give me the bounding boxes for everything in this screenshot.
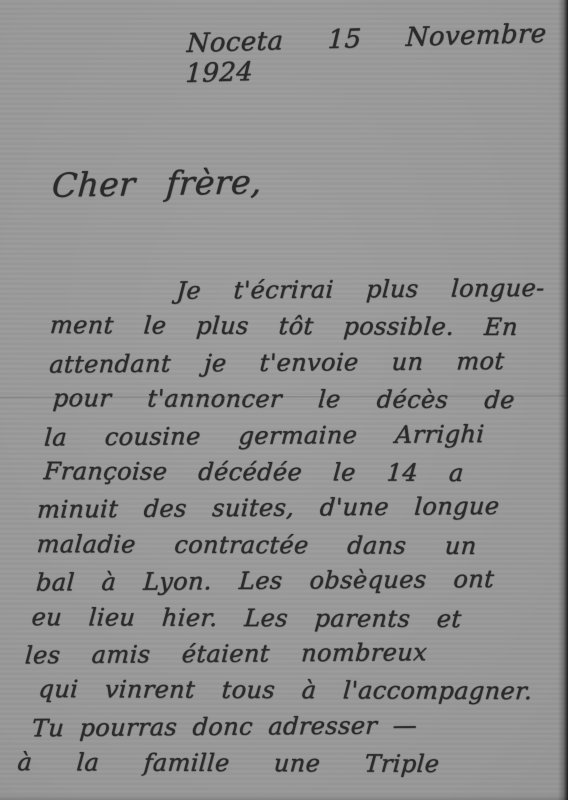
letter-line: attendant je t'envoie un mot bbox=[10, 343, 506, 383]
letter-line: Je t'écrirai plus longue- bbox=[15, 270, 546, 311]
letter-line: à la famille une Triple bbox=[0, 744, 441, 782]
letter-line: minuit des suites, d'une longue bbox=[0, 488, 501, 528]
letter-line: qui vinrent tous à l'accompagner. bbox=[0, 671, 534, 710]
letter-line: Tu pourras donc adresser — bbox=[0, 707, 418, 747]
scan-edge-shadow-right bbox=[558, 0, 568, 800]
letter-line: les amis étaient nombreux bbox=[0, 634, 428, 674]
letter-salutation: Cher frère, bbox=[51, 162, 264, 205]
letter-line: bal à Lyon. Les obsèques ont bbox=[0, 561, 495, 601]
letter-line: ment le plus tôt possible. En bbox=[13, 307, 520, 346]
letter-page: Noceta 15 Novembre 1924 Cher frère, Je t… bbox=[0, 0, 568, 800]
letter-line: eu lieu hier. Les parents et bbox=[0, 598, 463, 636]
letter-body: Je t'écrirai plus longue- ment le plus t… bbox=[0, 272, 568, 781]
letter-line: maladie contractée dans un bbox=[0, 526, 478, 564]
letter-line: la cousine germaine Arrighi bbox=[5, 416, 486, 456]
letter-line: Françoise décédée le 14 a bbox=[3, 453, 466, 491]
letter-date-line: Noceta 15 Novembre 1924 bbox=[185, 19, 547, 89]
scan-edge-shadow-bottom bbox=[0, 794, 568, 800]
